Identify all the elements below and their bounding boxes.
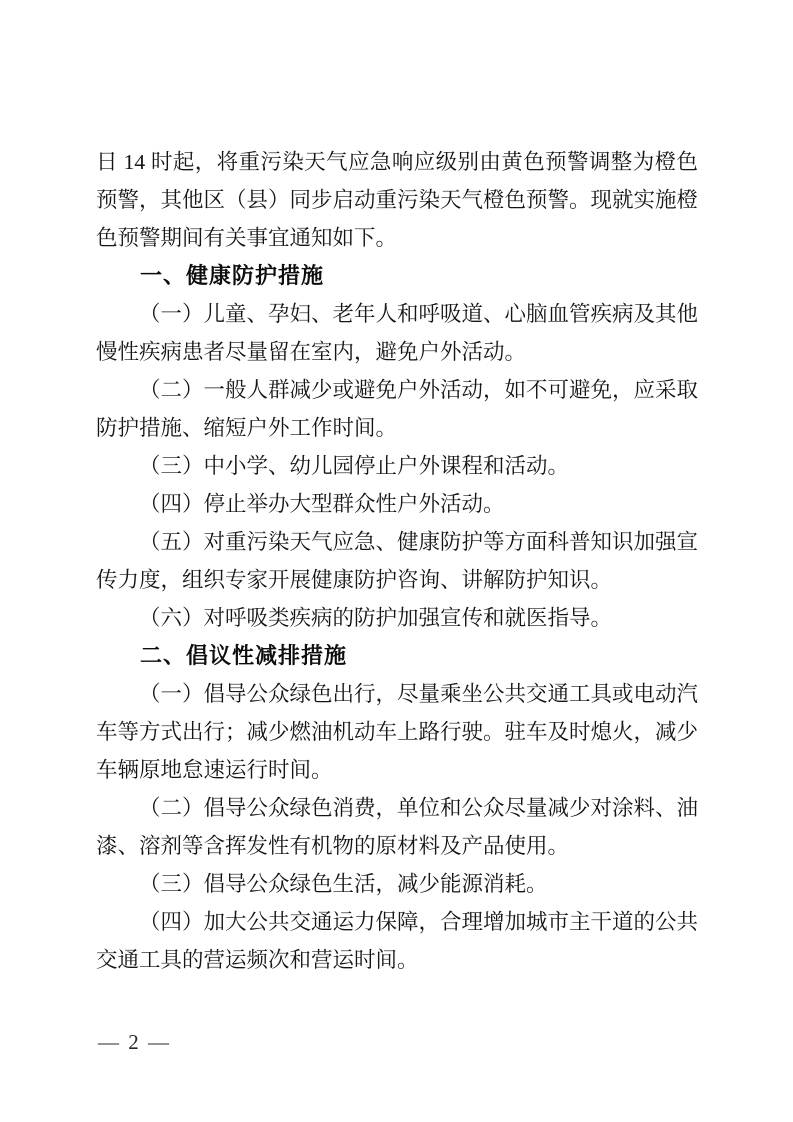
- section-1-item-1: （一）儿童、孕妇、老年人和呼吸道、心脑血管疾病及其他慢性疾病患者尽量留在室内，避…: [96, 295, 698, 371]
- intro-paragraph: 日 14 时起，将重污染天气应急响应级别由黄色预警调整为橙色预警，其他区（县）同…: [96, 143, 698, 257]
- section-2-heading: 二、倡议性减排措施: [96, 637, 698, 675]
- section-1-heading: 一、健康防护措施: [96, 257, 698, 295]
- section-1-item-6: （六）对呼吸类疾病的防护加强宣传和就医指导。: [96, 599, 698, 637]
- section-1-item-5: （五）对重污染天气应急、健康防护等方面科普知识加强宣传力度，组织专家开展健康防护…: [96, 523, 698, 599]
- page-number: — 2 —: [98, 1028, 171, 1056]
- section-2-item-3: （三）倡导公众绿色生活，减少能源消耗。: [96, 865, 698, 903]
- section-1-item-2: （二）一般人群减少或避免户外活动，如不可避免，应采取防护措施、缩短户外工作时间。: [96, 371, 698, 447]
- document-body: 日 14 时起，将重污染天气应急响应级别由黄色预警调整为橙色预警，其他区（县）同…: [96, 143, 698, 979]
- section-2-item-4: （四）加大公共交通运力保障，合理增加城市主干道的公共交通工具的营运频次和营运时间…: [96, 903, 698, 979]
- section-2-item-2: （二）倡导公众绿色消费，单位和公众尽量减少对涂料、油漆、溶剂等含挥发性有机物的原…: [96, 789, 698, 865]
- section-1-item-4: （四）停止举办大型群众性户外活动。: [96, 485, 698, 523]
- section-2-item-1: （一）倡导公众绿色出行，尽量乘坐公共交通工具或电动汽车等方式出行；减少燃油机动车…: [96, 675, 698, 789]
- section-1-item-3: （三）中小学、幼儿园停止户外课程和活动。: [96, 447, 698, 485]
- document-page: 日 14 时起，将重污染天气应急响应级别由黄色预警调整为橙色预警，其他区（县）同…: [0, 0, 793, 1122]
